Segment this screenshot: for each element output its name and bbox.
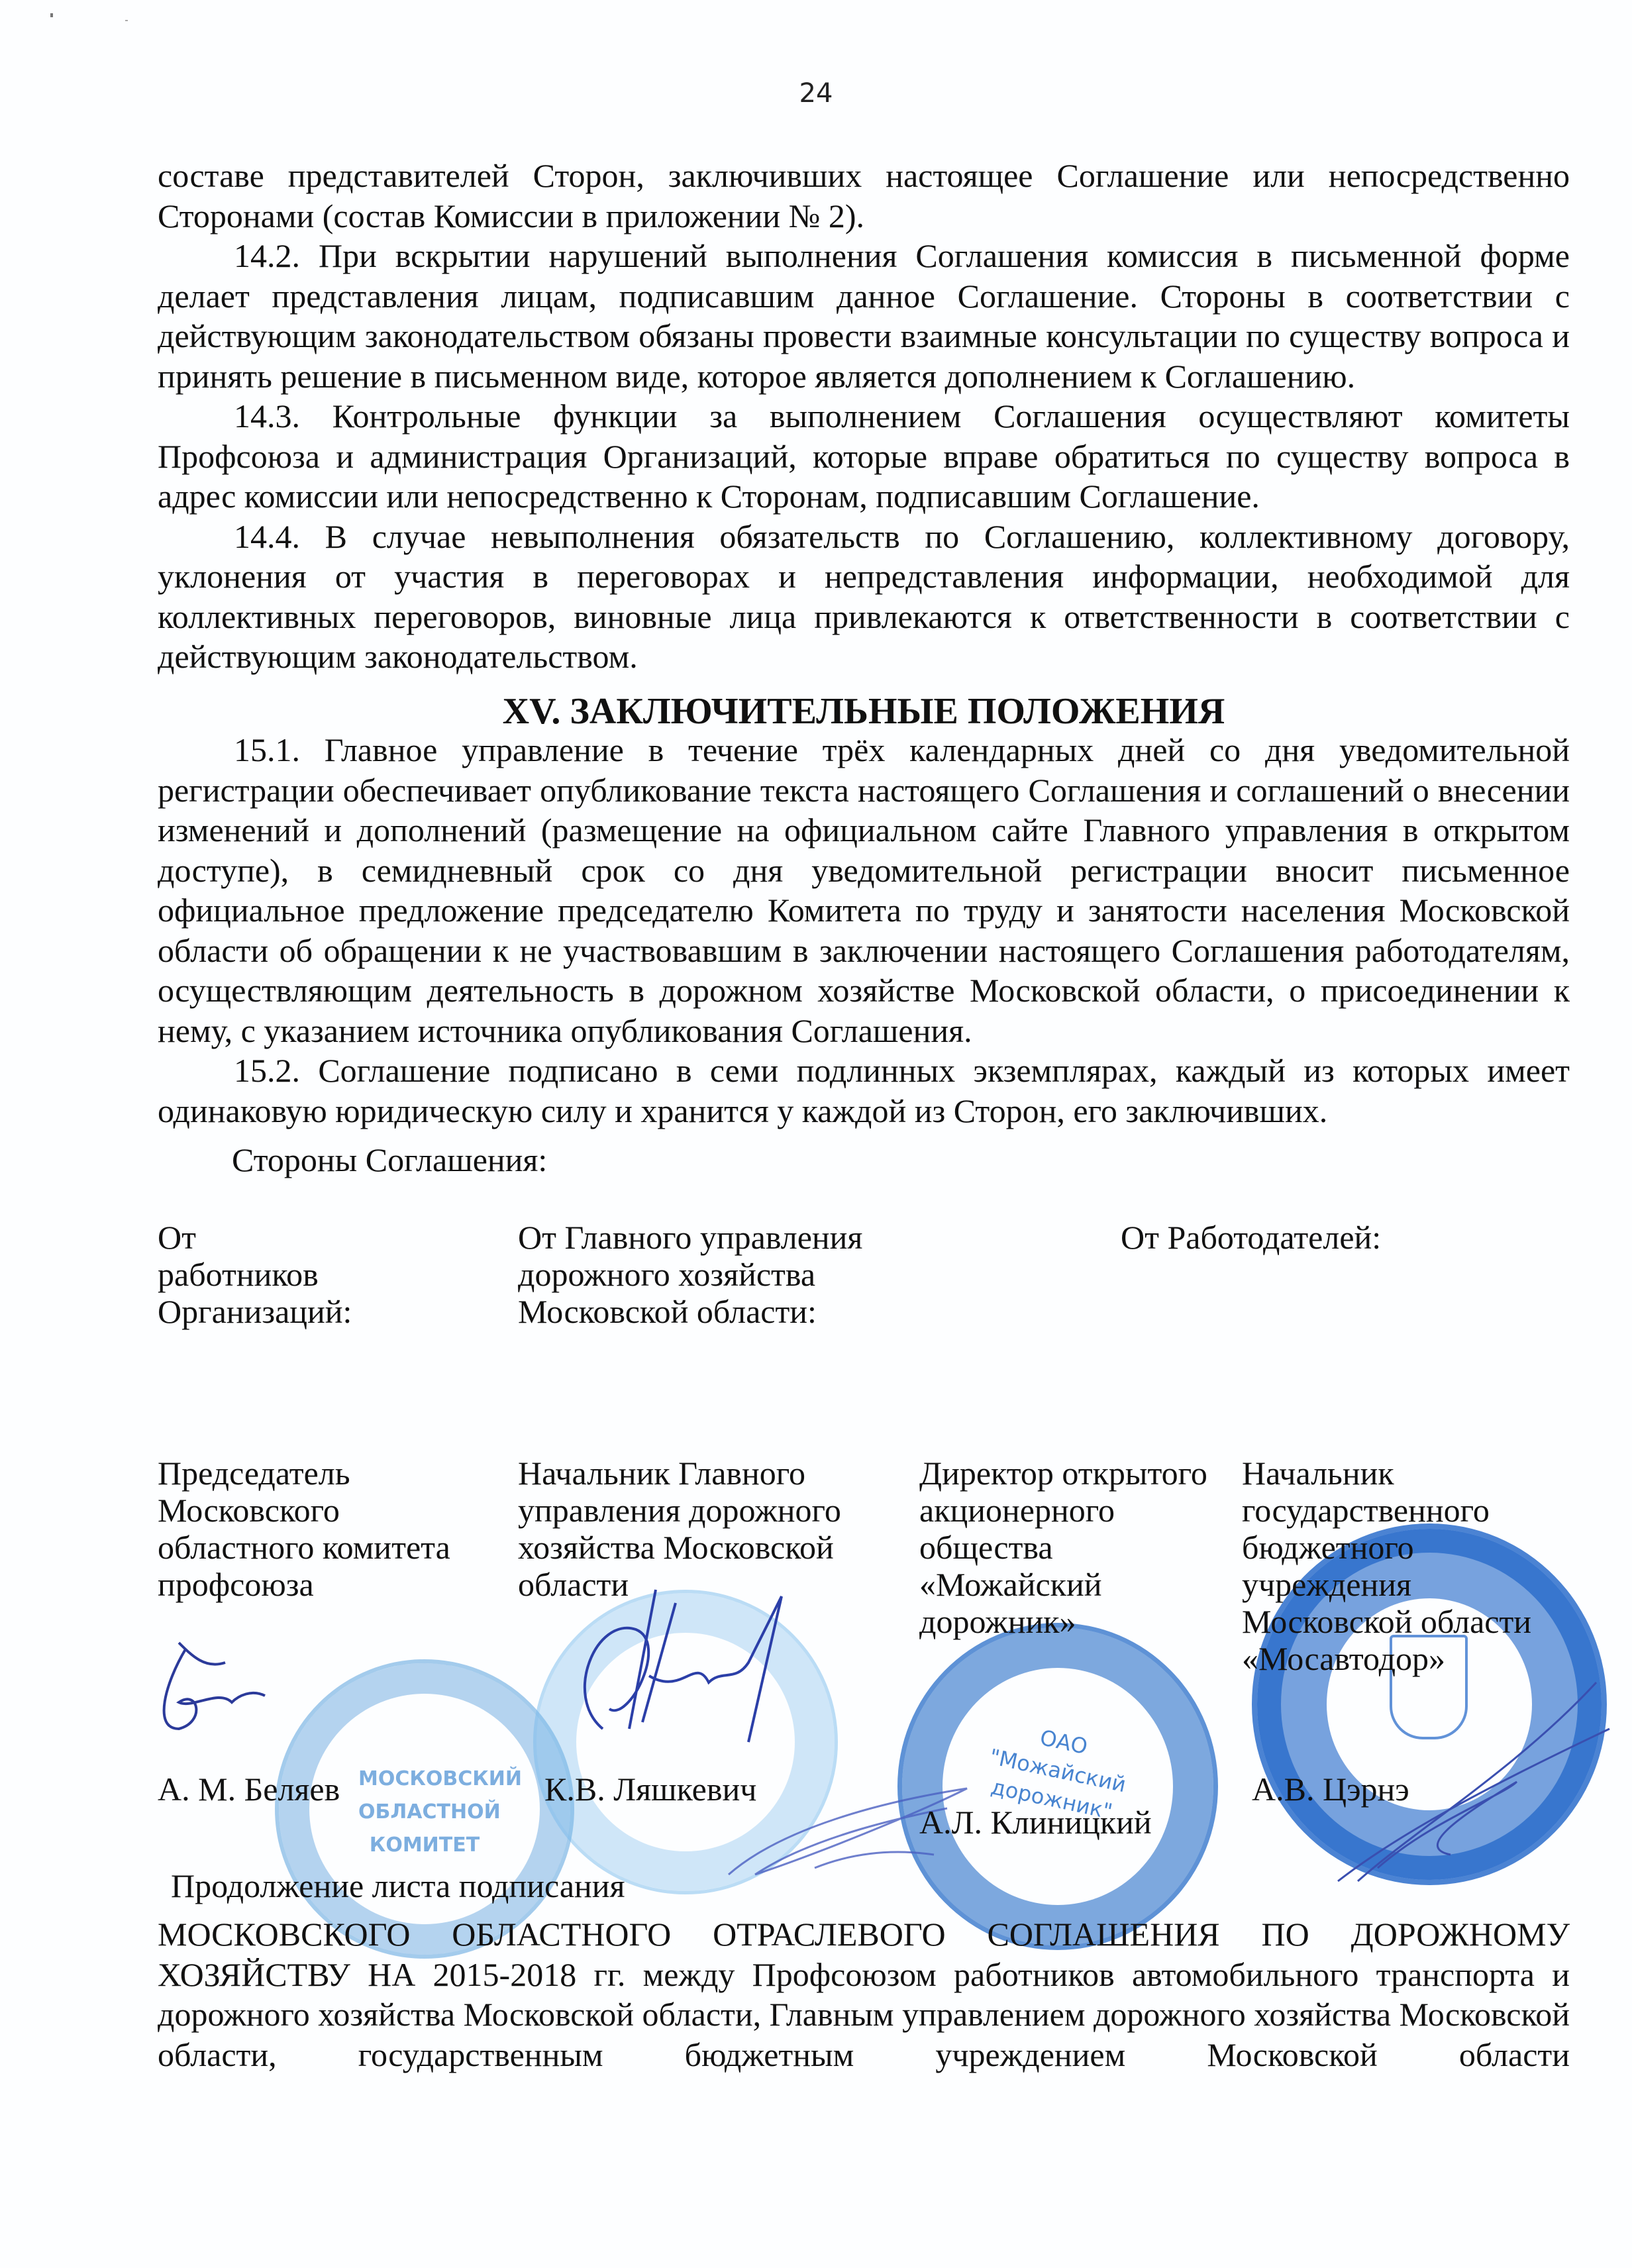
signatory-name-belyaev: А. М. Беляев <box>158 1770 340 1808</box>
document-page: 24 составе представителей Сторон, заключ… <box>0 0 1632 2268</box>
stamp-main-directorate <box>533 1590 838 1894</box>
final-paragraph: МОСКОВСКОГО ОБЛАСТНОГО ОТРАСЛЕВОГО СОГЛА… <box>158 1914 1570 2075</box>
section-14-continuation: составе представителей Сторон, заключивш… <box>158 156 1570 677</box>
section-15-body: 15.1. Главное управление в течение трёх … <box>158 730 1570 1131</box>
paragraph-14-3: 14.3. Контрольные функции за выполнением… <box>158 396 1570 517</box>
paragraph-14-4: 14.4. В случае невыполнения обязательств… <box>158 517 1570 677</box>
header-employers: От Работодателей: <box>1121 1219 1381 1256</box>
signing-sheet-continuation: Продолжение листа подписания <box>171 1867 625 1905</box>
paragraph-14-1-tail: составе представителей Сторон, заключивш… <box>158 156 1570 236</box>
paragraph-15-2: 15.2. Соглашение подписано в семи подлин… <box>158 1051 1570 1131</box>
signatory-title-oao-director: Директор открытого акционерного общества… <box>919 1455 1207 1640</box>
paragraph-15-1: 15.1. Главное управление в течение трёх … <box>158 730 1570 1051</box>
signatory-title-directorate-head: Начальник Главного управления дорожного … <box>518 1455 841 1603</box>
scan-artifact <box>125 20 128 21</box>
scan-artifact <box>50 13 53 17</box>
paragraph-14-2: 14.2. При вскрытии нарушений выполнения … <box>158 236 1570 396</box>
signatory-name-lyashkevich: К.В. Ляшкевич <box>544 1770 756 1808</box>
signatory-title-union-chair: Председатель Московского областного коми… <box>158 1455 450 1603</box>
stamp-mozhaysk-road: ОАО "Можайский дорожник" <box>897 1623 1218 1950</box>
signatory-name-tserne: А.В. Цэрнэ <box>1252 1770 1409 1808</box>
header-workers: От работников Организаций: <box>158 1219 310 1330</box>
signature-belyaev <box>139 1629 378 1749</box>
parties-label: Стороны Соглашения: <box>232 1141 547 1179</box>
signatory-name-klinitsky: А.Л. Клиницкий <box>919 1803 1152 1841</box>
section-15-heading: XV. ЗАКЛЮЧИТЕЛЬНЫЕ ПОЛОЖЕНИЯ <box>158 690 1570 733</box>
header-main-directorate: От Главного управления дорожного хозяйст… <box>518 1219 915 1330</box>
signatory-title-gbu-head: Начальник государственного бюджетного уч… <box>1242 1455 1531 1677</box>
page-number: 24 <box>0 78 1632 109</box>
